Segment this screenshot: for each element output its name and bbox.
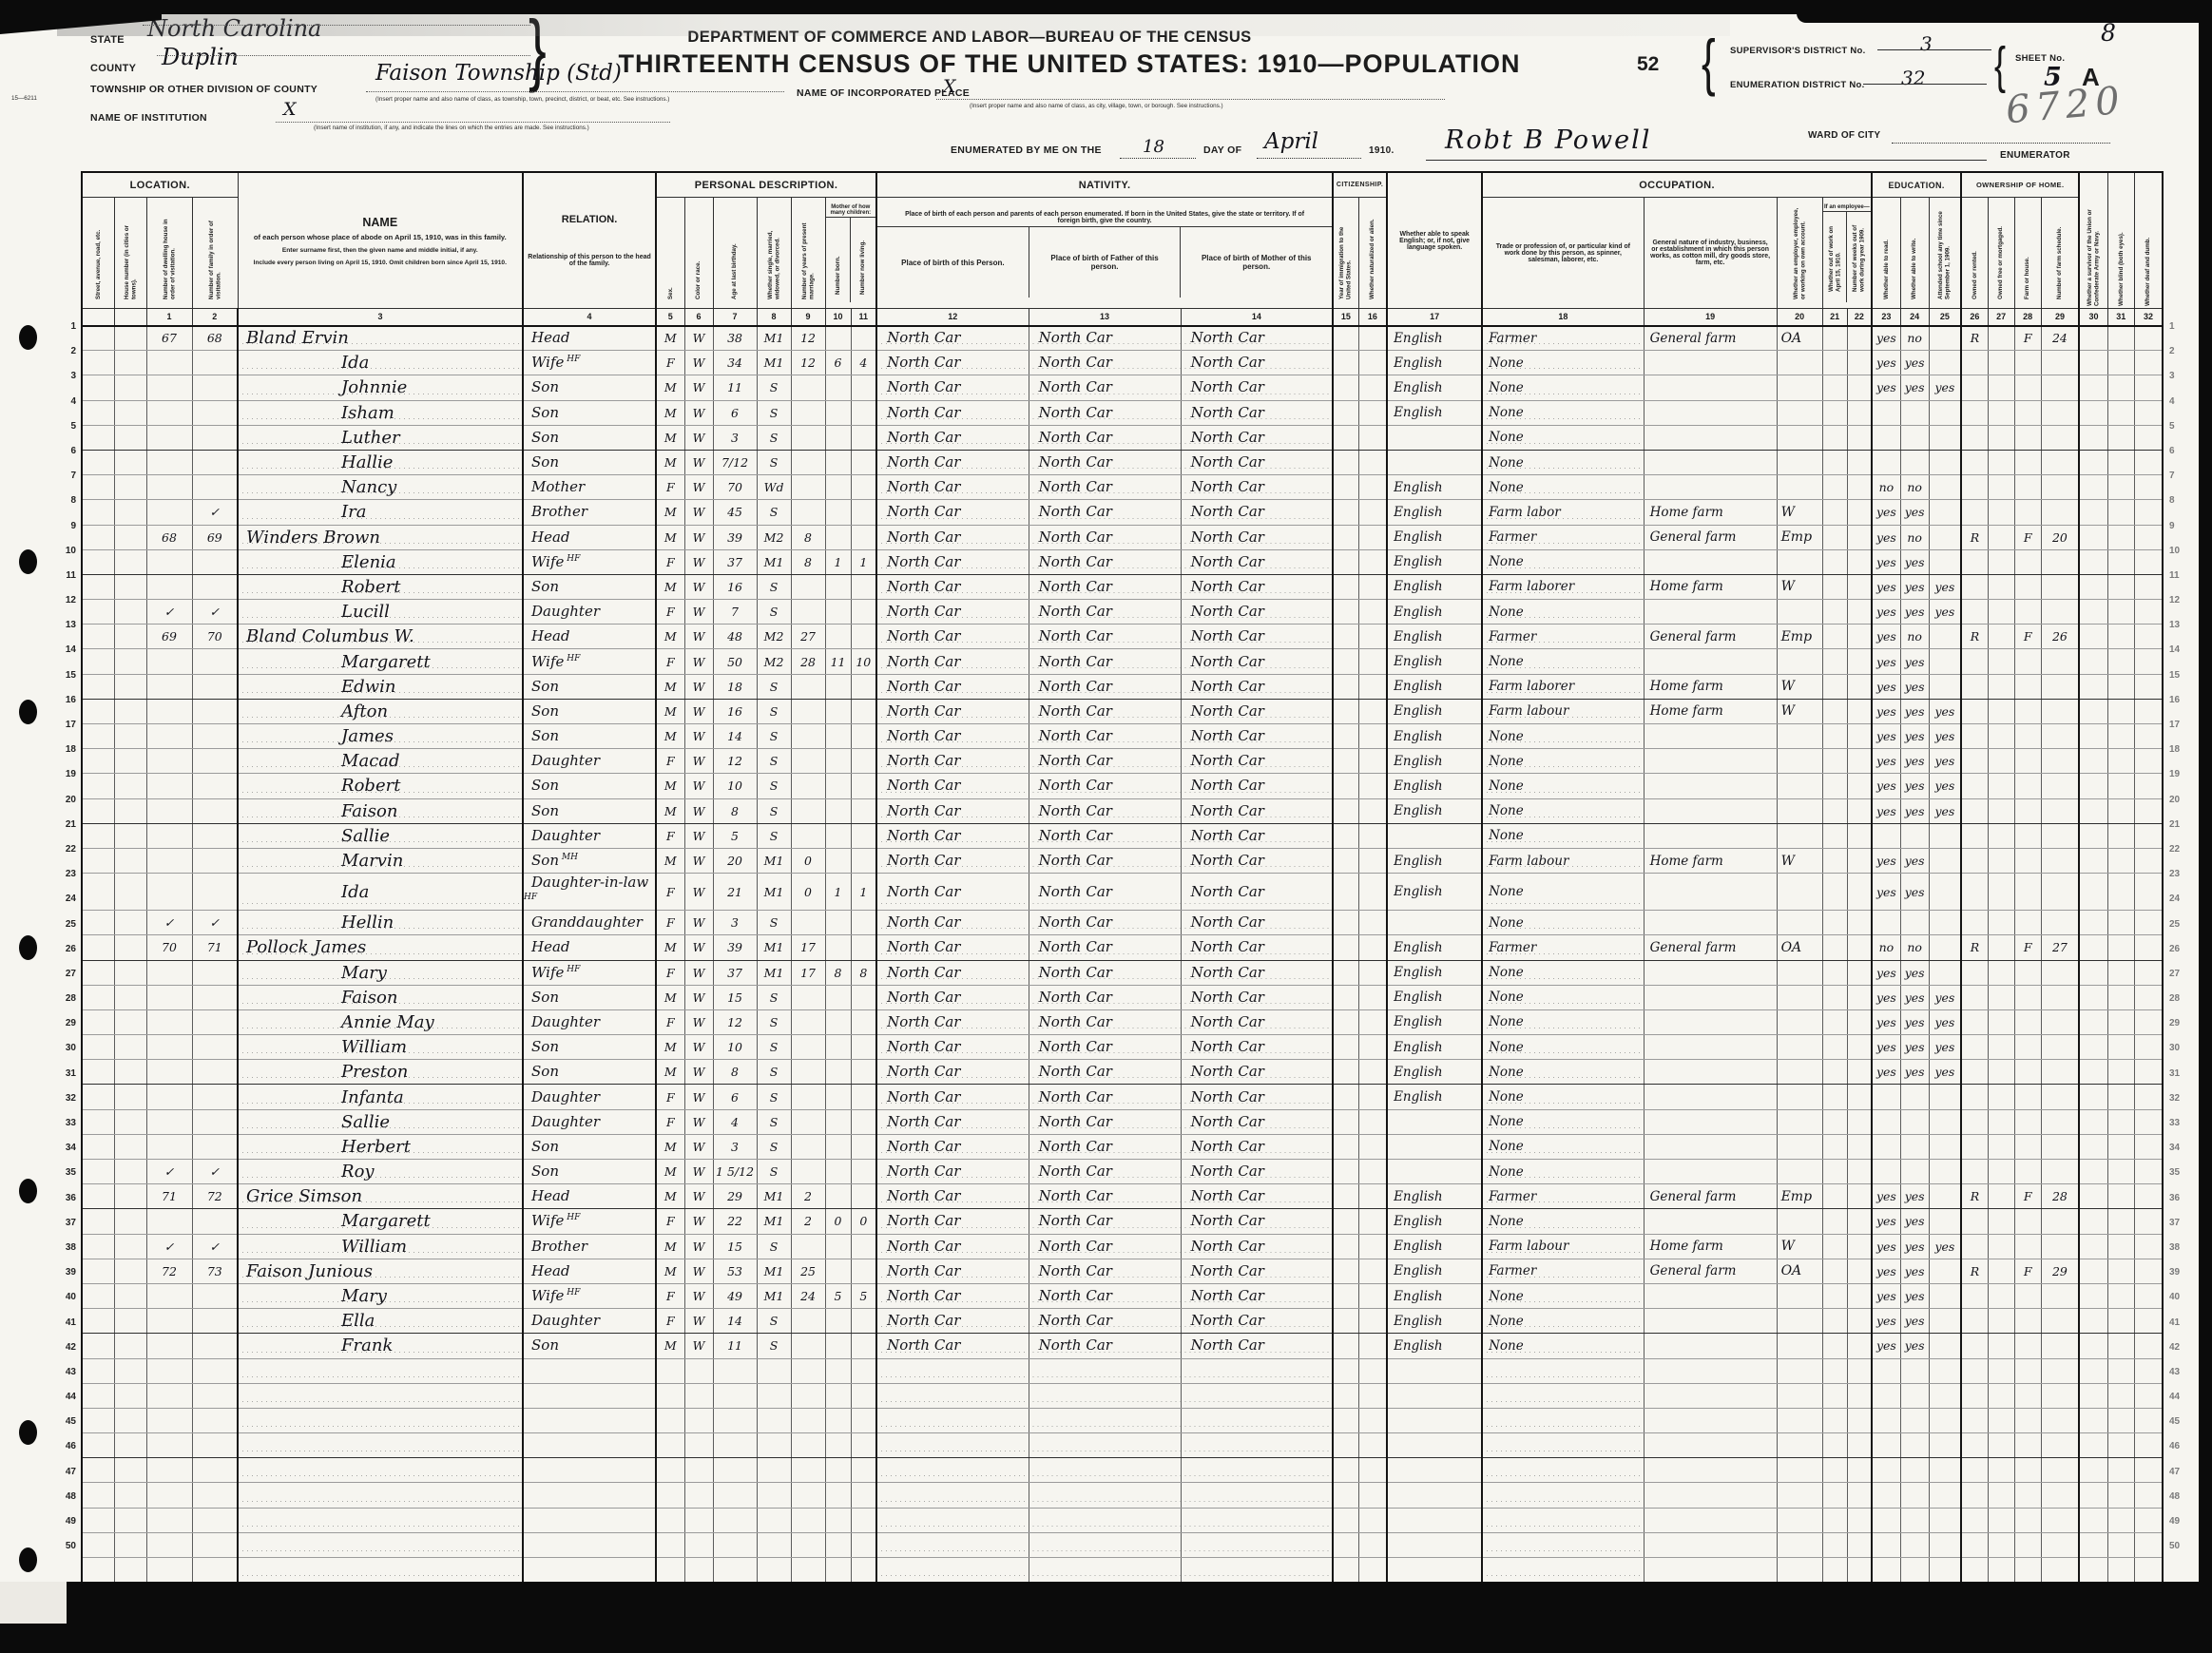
cell-ag: 39 — [713, 525, 757, 549]
cell-in — [1644, 1060, 1777, 1085]
handwritten-entry: R — [1962, 1189, 1988, 1203]
handwritten-entry: 70 — [714, 480, 757, 494]
cell-d32 — [2134, 1060, 2163, 1085]
handwritten-entry: 0 — [852, 1214, 876, 1228]
cell-wr: yes — [1900, 749, 1929, 774]
handwritten-entry: Hallie — [239, 452, 393, 472]
cell-b31 — [2107, 1160, 2134, 1184]
cell-yr: 8 — [791, 549, 825, 574]
handwritten-entry: Farmer — [1483, 1189, 1536, 1204]
cell-i15 — [1333, 425, 1358, 450]
cell-ow — [1961, 1009, 1988, 1034]
cell-cl — [851, 724, 876, 749]
cell-rd — [1872, 1160, 1900, 1184]
table-row: SallieDaughterFW5SNorth CarNorth CarNort… — [82, 823, 2163, 848]
cell-cb — [825, 500, 851, 525]
cell-i16 — [1358, 1433, 1387, 1458]
cell-o21 — [1822, 1532, 1847, 1557]
cell-en: English — [1387, 574, 1482, 599]
cell-o22 — [1847, 1035, 1872, 1060]
cell-pm — [1181, 1508, 1333, 1532]
handwritten-entry: North Car — [877, 777, 960, 794]
cell-s30 — [2079, 1309, 2107, 1334]
handwritten-entry: Frank — [239, 1336, 393, 1355]
cell-fm: F — [2014, 1259, 2041, 1283]
handwritten-entry: F — [2015, 1189, 2041, 1203]
handwritten-entry: W — [685, 854, 713, 868]
cell-rel: Daughter — [523, 1109, 656, 1134]
handwritten-entry: S — [758, 680, 791, 694]
column-school-header: Attended school any time since September… — [1929, 198, 1961, 309]
cell-pf: North Car — [1029, 500, 1181, 525]
handwritten-entry: yes — [1873, 729, 1900, 743]
cell-sc: yes — [1929, 1009, 1961, 1034]
line-number: 10 — [2169, 539, 2190, 564]
cell-d: 71 — [146, 1184, 192, 1209]
cell-b31 — [2107, 749, 2134, 774]
cell-f — [192, 1009, 238, 1034]
cell-in: General farm — [1644, 326, 1777, 351]
cell-o21 — [1822, 1383, 1847, 1408]
cell-cl — [851, 1408, 876, 1432]
table-row: RobertSonMW10SNorth CarNorth CarNorth Ca… — [82, 774, 2163, 798]
cell-d — [146, 1433, 192, 1458]
handwritten-entry: North Car — [877, 702, 960, 720]
cell-pb: North Car — [876, 1309, 1029, 1334]
cell-o22 — [1847, 1160, 1872, 1184]
cell-en — [1387, 1358, 1482, 1383]
table-row: FrankSonMW11SNorth CarNorth CarNorth Car… — [82, 1334, 2163, 1358]
cell-en — [1387, 1483, 1482, 1508]
cell-s30 — [2079, 848, 2107, 873]
handwritten-entry: Daughter — [524, 752, 600, 769]
cell-b31 — [2107, 375, 2134, 400]
handwritten-entry: W — [685, 1214, 713, 1228]
cell-c: W — [684, 911, 713, 935]
cell-in — [1644, 1334, 1777, 1358]
handwritten-entry: OA — [1778, 1263, 1802, 1278]
cell-hn — [114, 1060, 146, 1085]
cell-ms: Wd — [757, 475, 791, 500]
handwritten-entry: W — [1778, 505, 1795, 520]
cell-em: W — [1777, 1234, 1822, 1259]
cell-ag — [713, 1508, 757, 1532]
cell-st — [82, 1234, 114, 1259]
cell-ms: M1 — [757, 351, 791, 375]
cell-o22 — [1847, 724, 1872, 749]
cell-oc — [1482, 1433, 1644, 1458]
handwritten-entry: S — [758, 829, 791, 843]
punch-hole — [19, 1179, 37, 1203]
handwritten-entry: North Car — [1182, 1088, 1264, 1105]
handwritten-entry: W — [685, 754, 713, 768]
cell-wr: no — [1900, 525, 1929, 549]
handwritten-entry: yes — [1930, 380, 1961, 394]
cell-in — [1644, 1085, 1777, 1109]
cell-ms — [757, 1458, 791, 1483]
cell-en: English — [1387, 985, 1482, 1009]
cell-d32 — [2134, 500, 2163, 525]
cell-st — [82, 749, 114, 774]
cell-cl: 4 — [851, 351, 876, 375]
cell-em — [1777, 1458, 1822, 1483]
handwritten-entry: Wife HF — [524, 1212, 580, 1229]
cell-hn — [114, 935, 146, 960]
cell-yr: 24 — [791, 1283, 825, 1308]
handwritten-entry: North Car — [1182, 429, 1264, 446]
handwritten-entry: yes — [1873, 356, 1900, 370]
column-number — [114, 309, 146, 326]
cell-c: W — [684, 1209, 713, 1234]
cell-cl — [851, 1458, 876, 1483]
handwritten-entry: M — [657, 580, 684, 594]
table-row: PrestonSonMW8SNorth CarNorth CarNorth Ca… — [82, 1060, 2163, 1085]
cell-em: OA — [1777, 935, 1822, 960]
cell-pf: North Car — [1029, 1334, 1181, 1358]
cell-en: English — [1387, 1009, 1482, 1034]
cell-rd: yes — [1872, 649, 1900, 674]
cell-i16 — [1358, 1309, 1387, 1334]
cell-i15 — [1333, 400, 1358, 425]
handwritten-entry: F — [657, 754, 684, 768]
handwritten-entry: North Car — [1029, 938, 1112, 955]
cell-yr — [791, 674, 825, 699]
cell-o21 — [1822, 525, 1847, 549]
cell-pm: North Car — [1181, 600, 1333, 625]
handwritten-entry: yes — [1930, 1065, 1961, 1079]
handwritten-entry: English — [1388, 554, 1442, 569]
handwritten-entry: Mary — [239, 963, 387, 983]
handwritten-entry: None — [1483, 828, 1524, 843]
handwritten-entry: 11 — [826, 655, 851, 669]
cell-rel: Head — [523, 625, 656, 649]
handwritten-entry: yes — [1901, 1240, 1929, 1254]
cell-sc — [1929, 674, 1961, 699]
cell-hn — [114, 1109, 146, 1134]
handwritten-entry: Head — [524, 329, 570, 346]
cell-rel: Wife HF — [523, 649, 656, 674]
handwritten-entry: North Car — [1182, 1013, 1264, 1030]
cell-fs — [2041, 450, 2079, 474]
cell-b31 — [2107, 1458, 2134, 1483]
cell-ow — [1961, 1383, 1988, 1408]
cell-i15 — [1333, 525, 1358, 549]
cell-sc — [1929, 1508, 1961, 1532]
handwritten-entry: M1 — [758, 356, 791, 370]
cell-st — [82, 1109, 114, 1134]
cell-oc: Farm labour — [1482, 848, 1644, 873]
line-number: 7 — [55, 464, 76, 489]
line-number: 21 — [55, 813, 76, 837]
cell-em — [1777, 1134, 1822, 1159]
cell-i15 — [1333, 911, 1358, 935]
cell-pf — [1029, 1483, 1181, 1508]
cell-f — [192, 823, 238, 848]
cell-hn — [114, 848, 146, 873]
cell-i16 — [1358, 1209, 1387, 1234]
cell-rd — [1872, 823, 1900, 848]
handwritten-entry: North Car — [1029, 1287, 1112, 1304]
cell-i15 — [1333, 1060, 1358, 1085]
cell-yr — [791, 1408, 825, 1432]
cell-s30 — [2079, 1483, 2107, 1508]
cell-fm — [2014, 960, 2041, 985]
cell-wr: no — [1900, 935, 1929, 960]
table-row: MargarettWife HFFW22M1200North CarNorth … — [82, 1209, 2163, 1234]
cell-pb — [876, 1408, 1029, 1432]
handwritten-entry: North Car — [1182, 989, 1264, 1006]
cell-o21 — [1822, 1283, 1847, 1308]
cell-mg — [1988, 1309, 2014, 1334]
cell-sx: M — [656, 774, 684, 798]
cell-yr — [791, 985, 825, 1009]
cell-cl — [851, 1558, 876, 1583]
cell-i16 — [1358, 823, 1387, 848]
cell-en: English — [1387, 699, 1482, 723]
handwritten-entry: yes — [1901, 555, 1929, 569]
handwritten-entry: M1 — [758, 555, 791, 569]
cell-pm: North Car — [1181, 574, 1333, 599]
cell-in — [1644, 1109, 1777, 1134]
cell-oc: None — [1482, 375, 1644, 400]
cell-sc: yes — [1929, 724, 1961, 749]
handwritten-entry: None — [1483, 884, 1524, 899]
cell-b31 — [2107, 475, 2134, 500]
handwritten-entry: North Car — [877, 329, 960, 346]
cell-st — [82, 798, 114, 823]
cell-s30 — [2079, 749, 2107, 774]
cell-pm: North Car — [1181, 1283, 1333, 1308]
cell-ms — [757, 1433, 791, 1458]
line-number: 47 — [2169, 1460, 2190, 1485]
enumeration-district-value: 32 — [1901, 67, 1925, 89]
handwritten-entry: M1 — [758, 854, 791, 868]
column-children-group-header: Mother of how many children: Number born… — [825, 198, 876, 309]
handwritten-entry: Roy — [239, 1162, 375, 1182]
cell-cb — [825, 600, 851, 625]
cell-in: Home farm — [1644, 574, 1777, 599]
cell-b31 — [2107, 1184, 2134, 1209]
cell-i15 — [1333, 1558, 1358, 1583]
column-number: 31 — [2107, 309, 2134, 326]
cell-d32 — [2134, 425, 2163, 450]
handwritten-entry: 2 — [792, 1214, 825, 1228]
cell-d32 — [2134, 985, 2163, 1009]
cell-b31 — [2107, 1433, 2134, 1458]
cell-sx: F — [656, 351, 684, 375]
cell-o22 — [1847, 326, 1872, 351]
column-number: 4 — [523, 309, 656, 326]
handwritten-entry: Son — [524, 802, 559, 819]
handwritten-entry: Herbert — [239, 1137, 411, 1157]
cell-oc: None — [1482, 1134, 1644, 1159]
cell-hn — [114, 1458, 146, 1483]
line-number: 12 — [2169, 588, 2190, 613]
cell-oc: None — [1482, 1109, 1644, 1134]
cell-cb — [825, 625, 851, 649]
cell-rel: Wife HF — [523, 960, 656, 985]
cell-pb: North Car — [876, 774, 1029, 798]
line-number: 17 — [55, 713, 76, 738]
cell-st — [82, 848, 114, 873]
cell-in — [1644, 1209, 1777, 1234]
cell-yr: 28 — [791, 649, 825, 674]
cell-cb: 8 — [825, 960, 851, 985]
cell-sc: yes — [1929, 985, 1961, 1009]
cell-st — [82, 1358, 114, 1383]
cell-b31 — [2107, 1408, 2134, 1432]
handwritten-entry: North Car — [1029, 627, 1112, 644]
cell-mg — [1988, 935, 2014, 960]
cell-pb — [876, 1558, 1029, 1583]
cell-ag — [713, 1358, 757, 1383]
handwritten-entry: yes — [1901, 505, 1929, 519]
cell-f — [192, 1283, 238, 1308]
handwritten-entry: General farm — [1645, 529, 1737, 545]
column-employee-group-header: If an employee— Whether out of work on A… — [1822, 198, 1872, 309]
cell-nm: Frank — [238, 1334, 523, 1358]
handwritten-entry: North Car — [1029, 1212, 1112, 1229]
handwritten-entry: yes — [1873, 680, 1900, 694]
cell-rel — [523, 1408, 656, 1432]
handwritten-entry: Annie May — [239, 1012, 434, 1032]
handwritten-entry: North Car — [877, 827, 960, 844]
cell-wr: yes — [1900, 1283, 1929, 1308]
cell-fs: 27 — [2041, 935, 2079, 960]
cell-sx — [656, 1433, 684, 1458]
cell-ag: 6 — [713, 1085, 757, 1109]
cell-d32 — [2134, 1458, 2163, 1483]
handwritten-entry: None — [1483, 430, 1524, 445]
cell-i16 — [1358, 935, 1387, 960]
handwritten-entry: W — [1778, 703, 1795, 719]
cell-o21 — [1822, 1458, 1847, 1483]
handwritten-entry: None — [1483, 803, 1524, 818]
cell-c: W — [684, 400, 713, 425]
handwritten-entry: North Car — [877, 678, 960, 695]
cell-hn — [114, 1035, 146, 1060]
cell-hn — [114, 1558, 146, 1583]
cell-yr — [791, 1085, 825, 1109]
handwritten-entry: 3 — [714, 915, 757, 930]
line-number: 21 — [2169, 813, 2190, 837]
cell-i15 — [1333, 1532, 1358, 1557]
table-row: FaisonSonMW15SNorth CarNorth CarNorth Ca… — [82, 985, 2163, 1009]
cell-cl — [851, 1358, 876, 1383]
cell-oc — [1482, 1483, 1644, 1508]
cell-o21 — [1822, 1209, 1847, 1234]
cell-f — [192, 985, 238, 1009]
cell-pm: North Car — [1181, 351, 1333, 375]
cell-hn — [114, 326, 146, 351]
cell-pf: North Car — [1029, 674, 1181, 699]
cell-sc — [1929, 549, 1961, 574]
cell-em — [1777, 1358, 1822, 1383]
cell-b31 — [2107, 625, 2134, 649]
cell-sc — [1929, 1483, 1961, 1508]
cell-rel — [523, 1558, 656, 1583]
cell-pm: North Car — [1181, 400, 1333, 425]
cell-b31 — [2107, 699, 2134, 723]
cell-sc — [1929, 1558, 1961, 1583]
cell-rel: Son — [523, 425, 656, 450]
cell-hn — [114, 1408, 146, 1432]
cell-i15 — [1333, 549, 1358, 574]
cell-fm — [2014, 749, 2041, 774]
county-label: COUNTY — [90, 63, 136, 74]
cell-in: Home farm — [1644, 848, 1777, 873]
cell-d — [146, 960, 192, 985]
line-number: 26 — [55, 937, 76, 962]
cell-rel: Daughter — [523, 1009, 656, 1034]
cell-o21 — [1822, 911, 1847, 935]
cell-d32 — [2134, 935, 2163, 960]
handwritten-entry: S — [758, 580, 791, 594]
cell-f — [192, 749, 238, 774]
cell-o22 — [1847, 1259, 1872, 1283]
cell-rd — [1872, 425, 1900, 450]
cell-pm: North Car — [1181, 1334, 1333, 1358]
cell-en — [1387, 1109, 1482, 1134]
cell-fm — [2014, 823, 2041, 848]
enumerated-month-handwritten: April — [1264, 129, 1318, 154]
cell-sc — [1929, 425, 1961, 450]
handwritten-entry: 28 — [792, 655, 825, 669]
cell-sx: F — [656, 1309, 684, 1334]
cell-wr — [1900, 1433, 1929, 1458]
cell-in — [1644, 400, 1777, 425]
table-row: ✓✓WilliamBrotherMW15SNorth CarNorth CarN… — [82, 1234, 2163, 1259]
cell-cb — [825, 1184, 851, 1209]
cell-cb — [825, 425, 851, 450]
handwritten-entry: Farm laborer — [1483, 579, 1574, 594]
cell-f — [192, 1508, 238, 1532]
cell-f — [192, 848, 238, 873]
cell-rel — [523, 1483, 656, 1508]
cell-fs — [2041, 874, 2079, 911]
cell-f: ✓ — [192, 1234, 238, 1259]
cell-oc — [1482, 1383, 1644, 1408]
line-number: 35 — [2169, 1161, 2190, 1185]
handwritten-entry: yes — [1901, 1314, 1929, 1328]
cell-s30 — [2079, 600, 2107, 625]
handwritten-entry: James — [239, 726, 394, 746]
cell-em — [1777, 774, 1822, 798]
cell-i16 — [1358, 1109, 1387, 1134]
cell-c: W — [684, 674, 713, 699]
cell-pm: North Car — [1181, 774, 1333, 798]
cell-o22 — [1847, 425, 1872, 450]
cell-pf: North Car — [1029, 574, 1181, 599]
cell-cl — [851, 625, 876, 649]
cell-rd: yes — [1872, 600, 1900, 625]
cell-s30 — [2079, 774, 2107, 798]
cell-pf: North Car — [1029, 935, 1181, 960]
line-number: 9 — [2169, 514, 2190, 539]
handwritten-entry: General farm — [1645, 1263, 1737, 1278]
handwritten-entry: 6 — [826, 356, 851, 370]
cell-pb: North Car — [876, 351, 1029, 375]
handwritten-entry: Farmer — [1483, 1263, 1536, 1278]
handwritten-entry: North Car — [877, 1336, 960, 1354]
cell-rd: yes — [1872, 848, 1900, 873]
handwritten-entry: Daughter — [524, 1088, 600, 1105]
cell-i15 — [1333, 649, 1358, 674]
handwritten-entry: M — [657, 940, 684, 954]
cell-c: W — [684, 351, 713, 375]
cell-sc — [1929, 400, 1961, 425]
cell-ag: 10 — [713, 1035, 757, 1060]
